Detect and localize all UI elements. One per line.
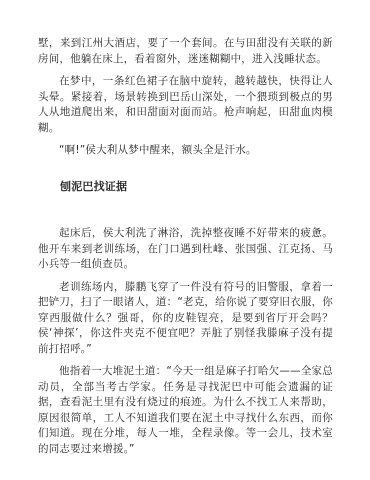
paragraph-wake: “啊!”侯大利从梦中醒来，额头全是汗水。	[38, 143, 333, 159]
paragraph-continuation: 墅，来到江州大酒店，要了一个套间。在与田甜没有关联的新房间，他躺在床上，看着窗外…	[38, 36, 333, 67]
paragraph-morning: 起床后，侯大利洗了淋浴，洗掉整夜睡不好带来的疲惫。他开车来到老训练场，在门口遇到…	[38, 226, 333, 273]
paragraph-dream: 在梦中，一条红色裙子在脑中旋转，越转越快，快得让人头晕。紧接着，场景转换到巴岳山…	[38, 74, 333, 136]
section-heading: 刨泥巴找证据	[38, 179, 333, 195]
paragraph-mud-task: 他指着一大堆泥土道：“今天一组是麻子打哈欠——全家总动员，全部当考古学家。任务是…	[38, 364, 333, 457]
paragraph-training-ground: 老训练场内，滕鹏飞穿了一件没有符号的旧警服，拿着一把铲刀，扫了一眼诸人，道：“老…	[38, 280, 333, 358]
reader-page: 墅，来到江州大酒店，要了一个套间。在与田甜没有关联的新房间，他躺在床上，看着窗外…	[0, 0, 370, 480]
